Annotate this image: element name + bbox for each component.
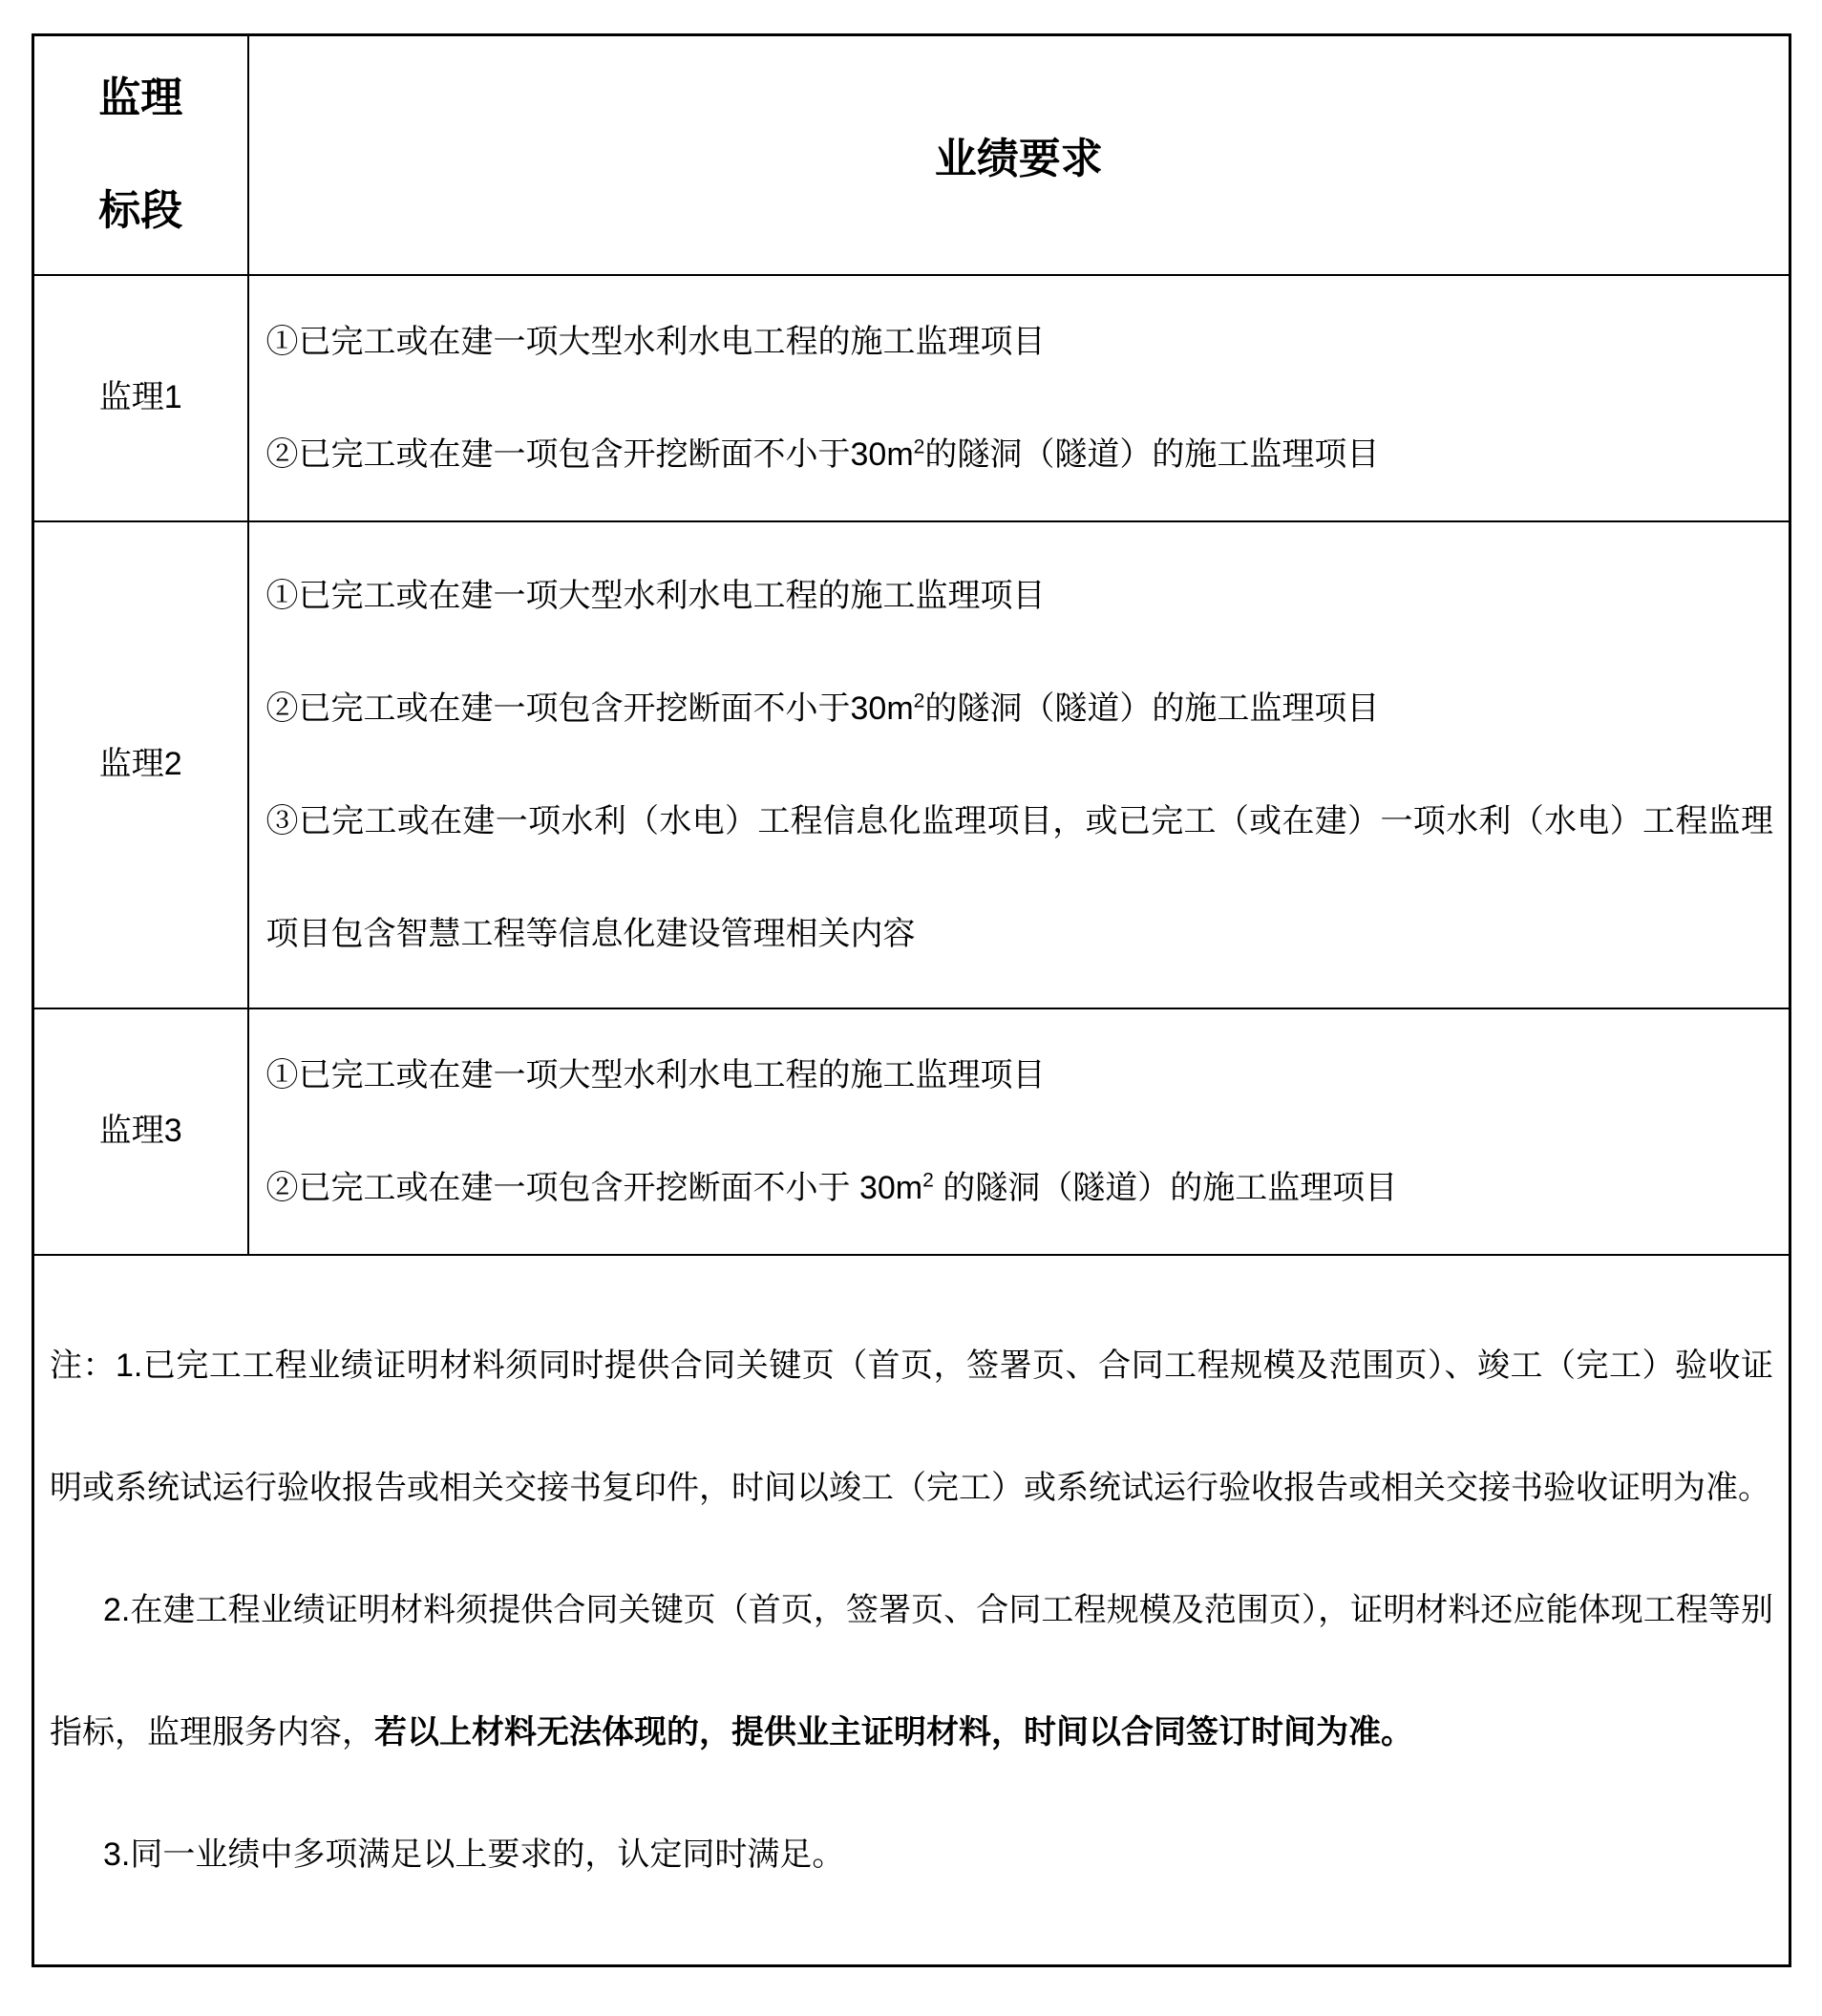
- requirements-cell: ①已完工或在建一项大型水利水电工程的施工监理项目 ②已完工或在建一项包含开挖断面…: [248, 1008, 1790, 1255]
- table-header-row: 监理 标段 业绩要求: [33, 35, 1790, 275]
- header-cell-performance-requirement: 业绩要求: [248, 35, 1790, 275]
- requirements-cell: ①已完工或在建一项大型水利水电工程的施工监理项目 ②已完工或在建一项包含开挖断面…: [248, 521, 1790, 1008]
- header-bid-section-line2: 标段: [35, 155, 246, 267]
- requirement-item: ①已完工或在建一项大型水利水电工程的施工监理项目: [266, 540, 1774, 652]
- performance-requirements-table: 监理 标段 业绩要求 监理1 ①已完工或在建一项大型水利水电工程的施工监理项目 …: [32, 33, 1791, 1967]
- notes-cell: 注：1.已完工工程业绩证明材料须同时提供合同关键页（首页，签署页、合同工程规模及…: [33, 1255, 1790, 1966]
- document-page: 监理 标段 业绩要求 监理1 ①已完工或在建一项大型水利水电工程的施工监理项目 …: [0, 33, 1822, 2016]
- bid-section-label: 监理3: [99, 1113, 182, 1149]
- header-bid-section-line1: 监理: [35, 42, 246, 155]
- note-item-3: 3.同一业绩中多项满足以上要求的，认定同时满足。: [50, 1793, 1773, 1916]
- requirement-item: ①已完工或在建一项大型水利水电工程的施工监理项目: [266, 1019, 1774, 1132]
- requirement-item: ②已完工或在建一项包含开挖断面不小于30m2的隧洞（隧道）的施工监理项目: [266, 652, 1774, 765]
- requirement-item: ②已完工或在建一项包含开挖断面不小于 30m2 的隧洞（隧道）的施工监理项目: [266, 1132, 1774, 1244]
- superscript: 2: [914, 435, 925, 457]
- header-performance-requirement-label: 业绩要求: [935, 136, 1103, 182]
- note-item-2: 2.在建工程业绩证明材料须提供合同关键页（首页，签署页、合同工程规模及范围页），…: [50, 1549, 1773, 1793]
- table-row: 监理1 ①已完工或在建一项大型水利水电工程的施工监理项目 ②已完工或在建一项包含…: [33, 275, 1790, 521]
- header-cell-bid-section: 监理 标段: [33, 35, 248, 275]
- requirement-item: ②已完工或在建一项包含开挖断面不小于30m2的隧洞（隧道）的施工监理项目: [266, 398, 1774, 511]
- table-notes-row: 注：1.已完工工程业绩证明材料须同时提供合同关键页（首页，签署页、合同工程规模及…: [33, 1255, 1790, 1966]
- superscript: 2: [922, 1169, 934, 1191]
- requirements-cell: ①已完工或在建一项大型水利水电工程的施工监理项目 ②已完工或在建一项包含开挖断面…: [248, 275, 1790, 521]
- requirement-item: ①已完工或在建一项大型水利水电工程的施工监理项目: [266, 286, 1774, 398]
- requirement-item: ③已完工或在建一项水利（水电）工程信息化监理项目，或已完工（或在建）一项水利（水…: [266, 765, 1774, 990]
- table-row: 监理3 ①已完工或在建一项大型水利水电工程的施工监理项目 ②已完工或在建一项包含…: [33, 1008, 1790, 1255]
- bid-section-cell: 监理2: [33, 521, 248, 1008]
- note-item-1: 注：1.已完工工程业绩证明材料须同时提供合同关键页（首页，签署页、合同工程规模及…: [50, 1305, 1773, 1549]
- table-row: 监理2 ①已完工或在建一项大型水利水电工程的施工监理项目 ②已完工或在建一项包含…: [33, 521, 1790, 1008]
- bid-section-cell: 监理1: [33, 275, 248, 521]
- bid-section-label: 监理2: [99, 746, 182, 782]
- note-bold-segment: 若以上材料无法体现的，提供业主证明材料，时间以合同签订时间为准。: [374, 1714, 1413, 1751]
- bid-section-label: 监理1: [99, 379, 182, 415]
- superscript: 2: [914, 690, 925, 711]
- bid-section-cell: 监理3: [33, 1008, 248, 1255]
